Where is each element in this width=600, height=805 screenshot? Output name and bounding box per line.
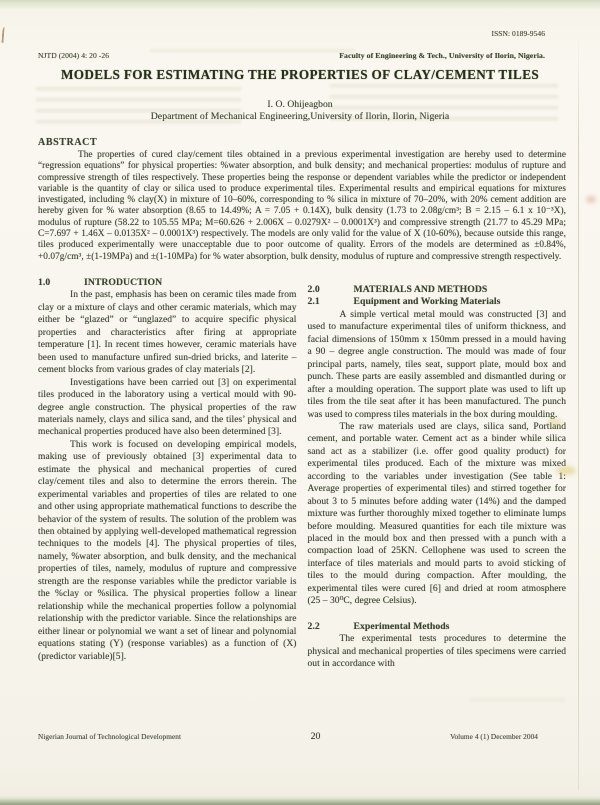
section-title: INTRODUCTION (84, 277, 162, 289)
scan-edge-top (0, 0, 600, 9)
two-column-body: 1.0 INTRODUCTION In the past, emphasis h… (38, 277, 566, 671)
pen-mark-artifact (1, 27, 7, 43)
author-name: I. O. Ohijeagbon (0, 99, 600, 110)
scanned-paper-page: ISSN: 0189-9546 NJTD (2004) 4: 20 -26 Fa… (0, 0, 600, 805)
section-heading-materials-methods: 2.0 MATERIALS AND METHODS (308, 284, 567, 296)
right-column: 2.0 MATERIALS AND METHODS 2.1 Equipment … (308, 284, 567, 671)
section-title: MATERIALS AND METHODS (354, 284, 488, 296)
stain-artifact (586, 196, 596, 203)
faculty-line: Faculty of Engineering & Tech., Universi… (339, 51, 545, 60)
intro-paragraph: In the past, emphasis has been on cerami… (38, 289, 297, 376)
intro-paragraph: This work is focused on developing empir… (38, 439, 297, 663)
footer-page-number: 20 (311, 731, 321, 742)
section-number: 1.0 (38, 277, 84, 289)
abstract-body: The properties of cured clay/cement tile… (38, 150, 566, 263)
footer-volume: Volume 4 (1) December 2004 (450, 732, 538, 741)
methods-paragraph: A simple vertical metal mould was constr… (308, 309, 567, 421)
footer-journal-name: Nigerian Journal of Technological Develo… (38, 732, 181, 741)
left-column: 1.0 INTRODUCTION In the past, emphasis h… (38, 277, 297, 671)
subsection-heading-experimental: 2.2 Experimental Methods (308, 621, 567, 633)
scan-edge-bottom (0, 796, 600, 805)
author-affiliation: Department of Mechanical Engineering,Uni… (0, 111, 600, 122)
paper-title: MODELS FOR ESTIMATING THE PROPERTIES OF … (20, 67, 580, 83)
section-title: Equipment and Working Materials (354, 296, 501, 308)
section-title: Experimental Methods (354, 621, 450, 633)
subsection-heading-equipment: 2.1 Equipment and Working Materials (308, 296, 567, 308)
section-number: 2.2 (308, 621, 354, 633)
methods-paragraph: The experimental tests procedures to det… (308, 633, 567, 670)
intro-paragraph: Investigations have been carried out [3]… (38, 377, 297, 439)
abstract-heading: ABSTRACT (38, 137, 566, 148)
page-fold-line (578, 35, 579, 790)
bleedthrough-artifact (470, 698, 565, 708)
page-footer: Nigerian Journal of Technological Develo… (38, 731, 538, 742)
section-heading-introduction: 1.0 INTRODUCTION (38, 277, 297, 289)
section-number: 2.1 (308, 296, 354, 308)
journal-ref: NJTD (2004) 4: 20 -26 (38, 51, 109, 60)
methods-paragraph: The raw materials used are clays, silica… (308, 421, 567, 608)
section-number: 2.0 (308, 284, 354, 296)
